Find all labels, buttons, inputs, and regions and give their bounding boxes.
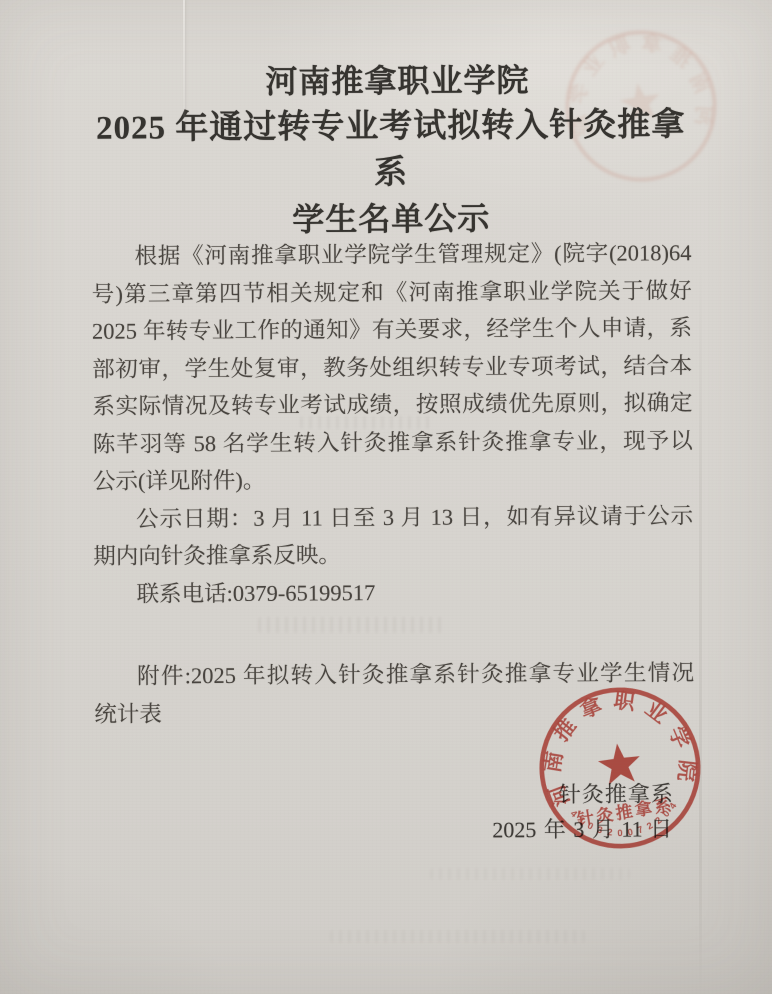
show-through-smudge (300, 416, 430, 429)
body-line: 公示(详见附件)。 (93, 459, 693, 500)
document-title-block: 河南推拿职业学院 2025 年通过转专业考试拟转入针灸推拿系 学生名单公示 (90, 56, 691, 244)
doc-title-line-1: 河南推拿职业学院 (97, 56, 697, 106)
seal-organization-arc-text: 河南推拿职业学院 (530, 678, 703, 810)
show-through-smudge (258, 617, 443, 633)
document-body: 根据《河南推拿职业学院学生管理规定》(院字(2018)64 号)第三章第四节相关… (91, 234, 694, 733)
body-line-publicity-dates: 公示日期：3 月 11 日至 3 月 13 日，如有异议请于公示 (93, 497, 693, 538)
show-through-smudge (330, 930, 585, 943)
official-seal: 河南推拿职业学院 针灸推拿系 410320072204 (525, 673, 714, 862)
svg-text:河南推拿职业学院: 河南推拿职业学院 (530, 678, 703, 810)
paper-crease (699, 260, 702, 994)
document-page: 河南推拿职业学院 河南推拿职业学院 2025 年通过转专业考试拟转入针灸推拿系 … (0, 0, 772, 994)
doc-title-line-2: 2025 年通过转专业考试拟转入针灸推拿系 (91, 102, 692, 198)
body-line: 号)第三章第四节相关规定和《河南推拿职业学院关于做好 (92, 272, 692, 313)
paper-crease (183, 0, 185, 128)
body-line: 2025 年转专业工作的通知》有关要求，经学生个人申请，系 (92, 309, 692, 350)
body-line: 根据《河南推拿职业学院学生管理规定》(院字(2018)64 (91, 234, 691, 275)
body-line: 部初审，学生处复审，教务处组织转专业专项考试，结合本 (92, 347, 692, 388)
seal-star-icon (596, 741, 643, 786)
body-line: 期内向针灸推拿系反映。 (93, 534, 693, 575)
body-line-contact-phone: 联系电话:0379-65199517 (93, 572, 693, 613)
show-through-smudge (430, 868, 630, 880)
